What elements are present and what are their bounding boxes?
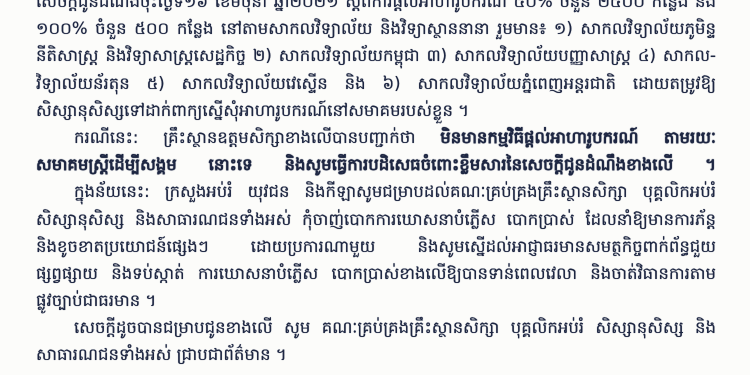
text-line: ករណីនេះ: គ្រឹះស្ថានឧត្តមសិក្សាខាងលើបានបញ… — [36, 124, 716, 151]
text-segment: សិស្សានុសិស្សទៅដាក់ពាក្យស្នើសុំអាហារូបករ… — [36, 101, 469, 120]
text-line: ផ្សព្វផ្សាយ និងទប់ស្កាត់ ការឃោសនាបំភ្លើស… — [36, 260, 716, 287]
text-line: សេចក្តីដូចបានជម្រាបជូនខាងលើ សូម គណៈគ្រប់… — [36, 314, 716, 341]
text-segment: ករណីនេះ: គ្រឹះស្ថានឧត្តមសិក្សាខាងលើបានបញ… — [74, 128, 440, 147]
text-line: សមាគមស្ត្រីដើម្បីសង្គម នោះទេ និងសូមធ្វើក… — [36, 151, 716, 178]
text-line: សាធារណជនទាំងអស់ ជ្រាបជាព័ត៌មាន ។ — [36, 341, 716, 368]
text-line: សេចក្តីជូនដំណឹងចុះថ្ងៃទី១៦ ខែមិថុនា ឆ្នា… — [36, 0, 716, 15]
text-segment: សេចក្តីជូនដំណឹងចុះថ្ងៃទី១៦ ខែមិថុនា ឆ្នា… — [36, 0, 716, 11]
text-segment: វិទ្យាល័យន័រតុន ៥) សាកលវិទ្យាល័យវេស្ទើន … — [36, 74, 716, 93]
text-segment: សិស្សានុសិស្ស និងសាធារណជនទាំងអស់ កុំចាញ់… — [36, 210, 716, 233]
text-line: ក្នុងន័យនេះ: ក្រសួងអប់រំ យុវជន និងកីឡាសូ… — [36, 178, 716, 205]
text-line: សិស្សានុសិស្សទៅដាក់ពាក្យស្នើសុំអាហារូបករ… — [36, 97, 716, 124]
text-segment: និងខូចខាតប្រយោជន៍ផ្សេងៗ ដោយប្រការណាមួយ ន… — [36, 237, 716, 256]
text-segment: ១០០% ចំនួន ៥០០ កន្លែង នៅតាមសាកលវិទ្យាល័យ… — [36, 19, 716, 38]
text-line: សិស្សានុសិស្ស និងសាធារណជនទាំងអស់ កុំចាញ់… — [36, 206, 716, 233]
text-segment: សាធារណជនទាំងអស់ ជ្រាបជាព័ត៌មាន ។ — [36, 345, 287, 364]
bold-text-segment: សមាគមស្ត្រីដើម្បីសង្គម នោះទេ និងសូមធ្វើក… — [36, 155, 716, 174]
text-line: វិទ្យាល័យន័រតុន ៥) សាកលវិទ្យាល័យវេស្ទើន … — [36, 70, 716, 97]
text-segment: ផ្លូវច្បាប់ជាធរមាន ។ — [36, 291, 156, 310]
text-line: នីតិសាស្ត្រ និងវិទ្យាសាស្ត្រសេដ្ឋកិច្ច ២… — [36, 42, 716, 69]
document-body: សេចក្តីជូនដំណឹងចុះថ្ងៃទី១៦ ខែមិថុនា ឆ្នា… — [36, 0, 716, 369]
text-segment: ផ្សព្វផ្សាយ និងទប់ស្កាត់ ការឃោសនាបំភ្លើស… — [36, 264, 716, 283]
document-page: សេចក្តីជូនដំណឹងចុះថ្ងៃទី១៦ ខែមិថុនា ឆ្នា… — [0, 0, 750, 375]
bold-text-segment: មិនមានកម្មវិធីផ្តល់អាហារូបករណ៍ តាមរយៈ — [440, 128, 716, 147]
text-segment: ក្នុងន័យនេះ: ក្រសួងអប់រំ យុវជន និងកីឡាសូ… — [74, 182, 716, 201]
text-line: ផ្លូវច្បាប់ជាធរមាន ។ — [36, 287, 716, 314]
text-line: និងខូចខាតប្រយោជន៍ផ្សេងៗ ដោយប្រការណាមួយ ន… — [36, 233, 716, 260]
text-segment: សេចក្តីដូចបានជម្រាបជូនខាងលើ សូម គណៈគ្រប់… — [74, 318, 716, 337]
text-line: ១០០% ចំនួន ៥០០ កន្លែង នៅតាមសាកលវិទ្យាល័យ… — [36, 15, 716, 42]
text-segment: នីតិសាស្ត្រ និងវិទ្យាសាស្ត្រសេដ្ឋកិច្ច ២… — [36, 46, 716, 65]
